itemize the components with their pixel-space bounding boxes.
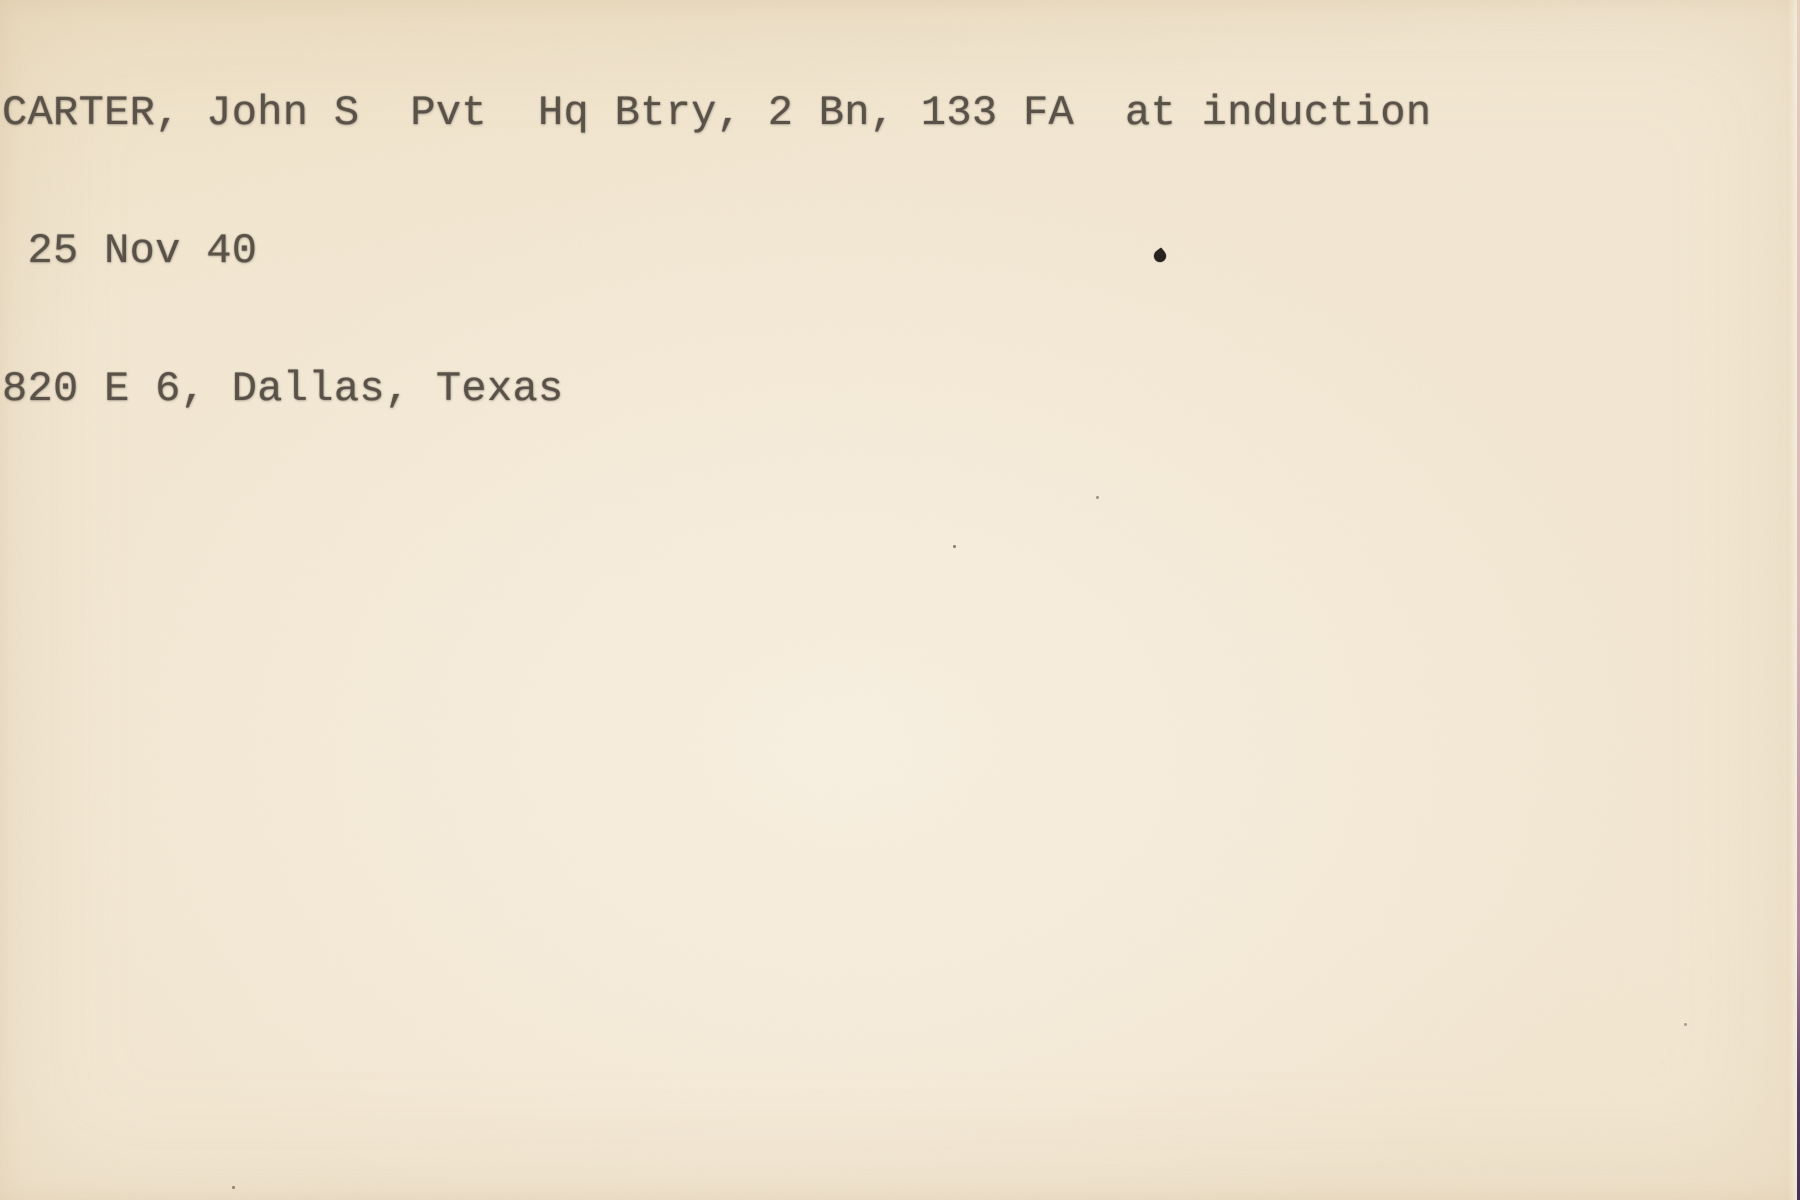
paper-speck	[1684, 1023, 1687, 1026]
typed-line-soldier: CARTER, John S Pvt Hq Btry, 2 Bn, 133 FA…	[2, 90, 1431, 136]
typewritten-block: CARTER, John S Pvt Hq Btry, 2 Bn, 133 FA…	[2, 0, 1431, 504]
index-card-scan: CARTER, John S Pvt Hq Btry, 2 Bn, 133 FA…	[0, 0, 1800, 1200]
paper-speck	[232, 1186, 235, 1189]
typed-line-date: 25 Nov 40	[2, 228, 1431, 274]
paper-speck	[1096, 496, 1099, 499]
typed-line-address: 820 E 6, Dallas, Texas	[2, 366, 1431, 412]
scan-right-edge-highlight	[1788, 0, 1797, 1200]
paper-speck	[953, 545, 956, 548]
scanned-document-page: { "card": { "lines": [ "CARTER, John S P…	[0, 0, 1800, 1200]
